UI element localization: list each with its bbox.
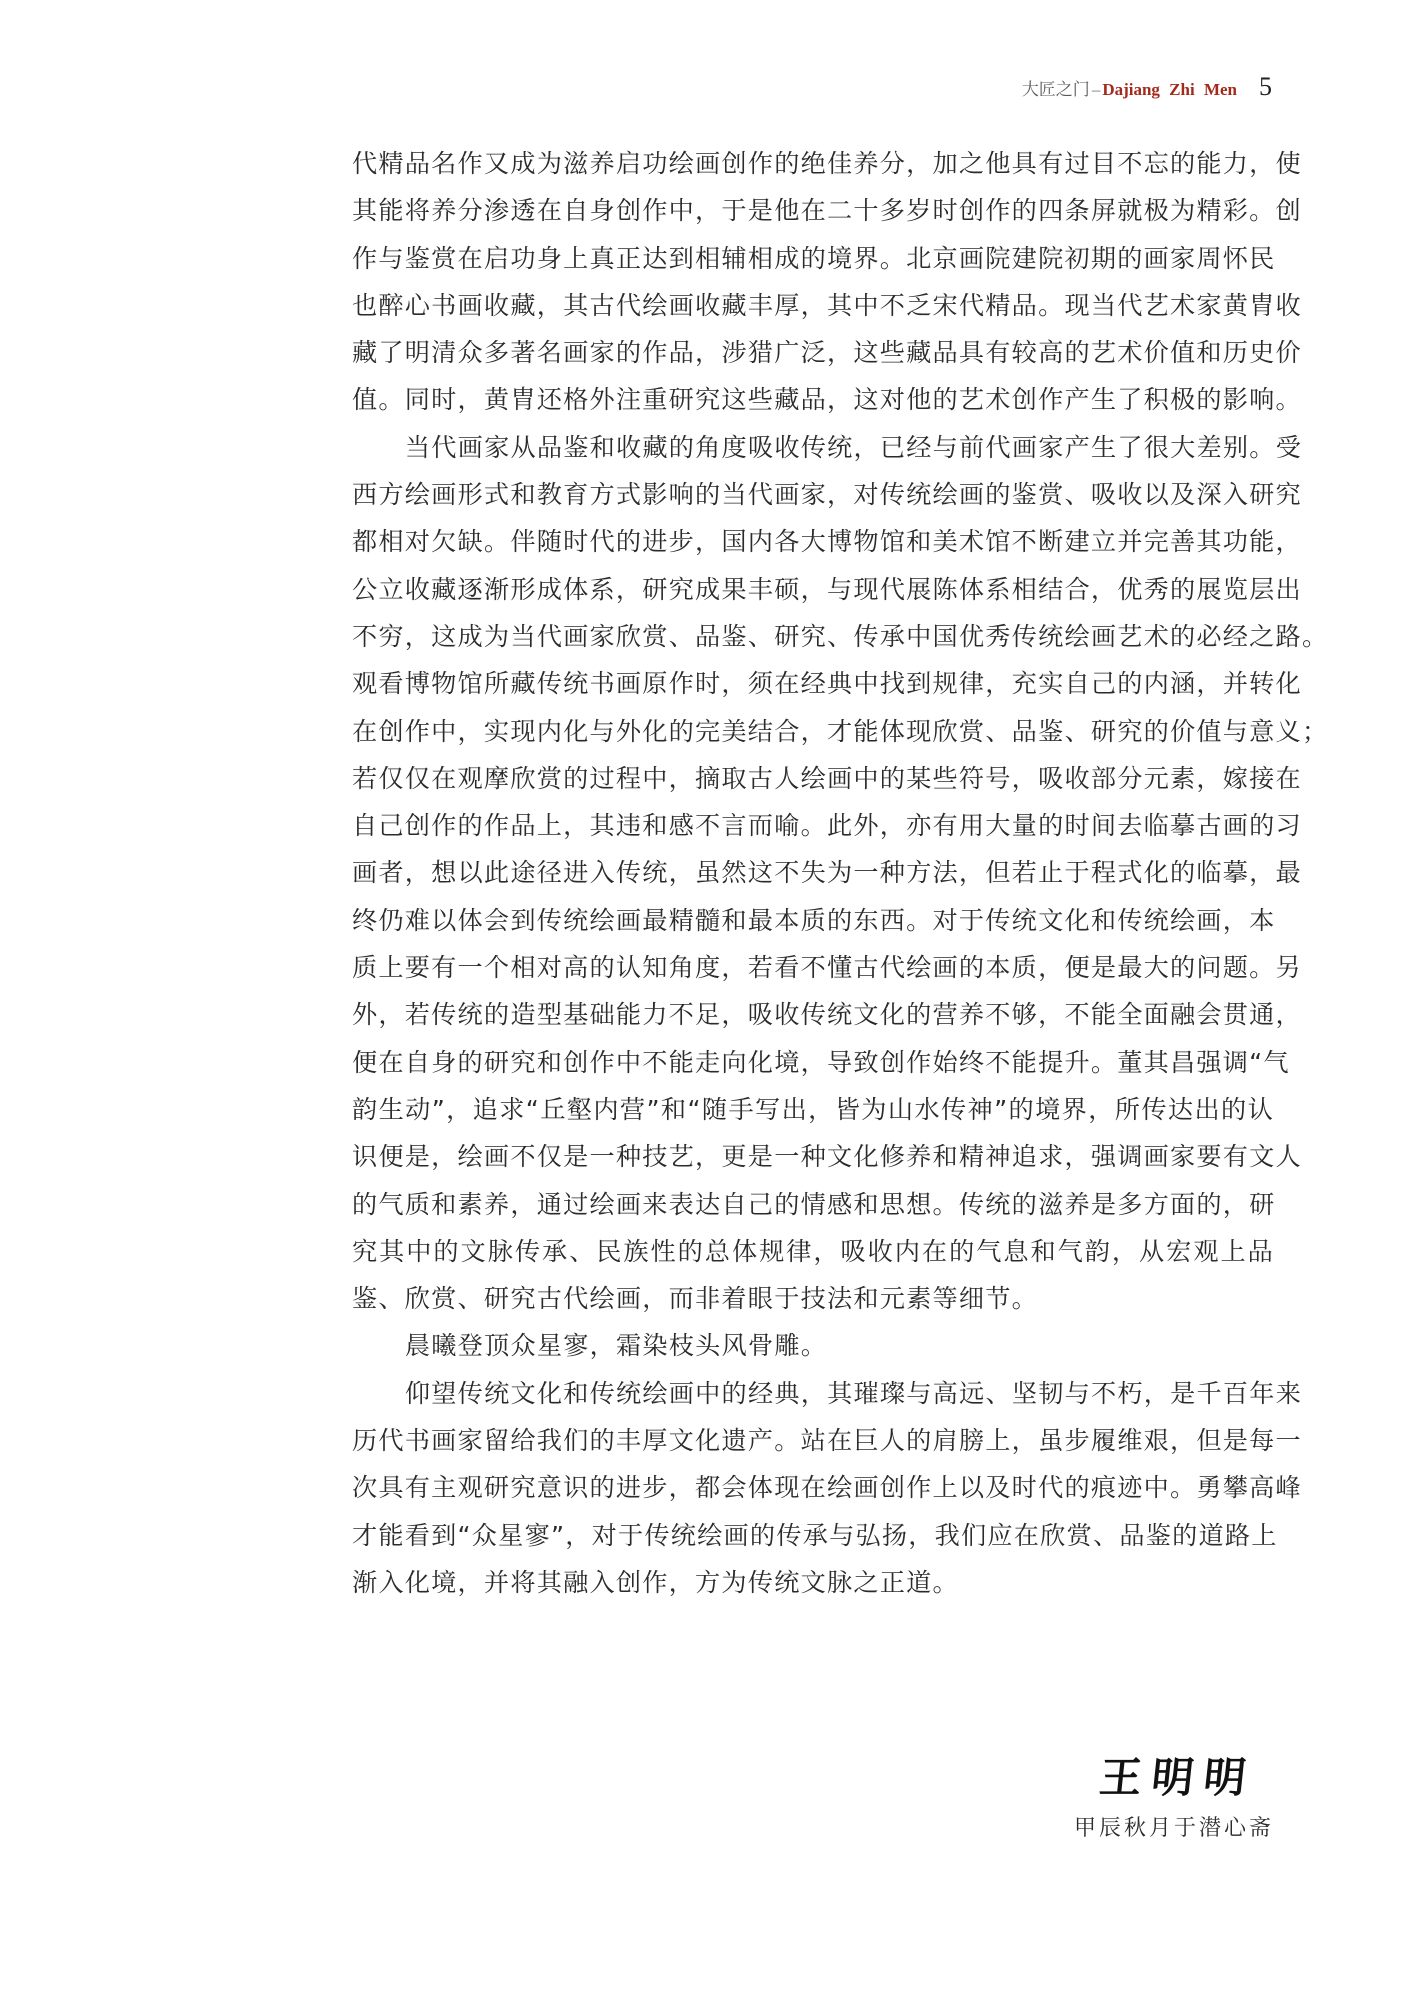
paragraph: 代精品名作又成为滋养启功绘画创作的绝佳养分，加之他具有过目不忘的能力，使 其能将…: [352, 140, 1274, 424]
text-line: 画者，想以此途径进入传统，虽然这不失为一种方法，但若止于程式化的临摹，最: [352, 849, 1274, 896]
text-line: 观看博物馆所藏传统书画原作时，须在经典中找到规律，充实自己的内涵，并转化: [352, 660, 1274, 707]
text-line: 渐入化境，并将其融入创作，方为传统文脉之正道。: [352, 1559, 1274, 1606]
signature-date-place: 甲辰秋月于潜心斋: [1074, 1811, 1274, 1842]
text-line: 都相对欠缺。伴随时代的进步，国内各大博物馆和美术馆不断建立并完善其功能，: [352, 518, 1274, 565]
text-line: 便在自身的研究和创作中不能走向化境，导致创作始终不能提升。董其昌强调“气: [352, 1039, 1274, 1086]
text-line: 代精品名作又成为滋养启功绘画创作的绝佳养分，加之他具有过目不忘的能力，使: [352, 140, 1274, 187]
poem-line: 晨曦登顶众星寥，霜染枝头风骨雕。: [352, 1322, 1274, 1369]
text-line: 当代画家从品鉴和收藏的角度吸收传统，已经与前代画家产生了很大差别。受: [352, 424, 1274, 471]
text-line: 藏了明清众多著名画家的作品，涉猎广泛，这些藏品具有较高的艺术价值和历史价: [352, 329, 1274, 376]
text-line: 西方绘画形式和教育方式影响的当代画家，对传统绘画的鉴赏、吸收以及深入研究: [352, 471, 1274, 518]
text-line: 质上要有一个相对高的认知角度，若看不懂古代绘画的本质，便是最大的问题。另: [352, 944, 1274, 991]
signature-block: 王明明 甲辰秋月于潜心斋: [1074, 1745, 1274, 1842]
text-line: 若仅仅在观摩欣赏的过程中，摘取古人绘画中的某些符号，吸收部分元素，嫁接在: [352, 755, 1274, 802]
text-line: 其能将养分渗透在自身创作中，于是他在二十多岁时创作的四条屏就极为精彩。创: [352, 187, 1274, 234]
text-line: 的气质和素养，通过绘画来表达自己的情感和思想。传统的滋养是多方面的，研: [352, 1181, 1274, 1228]
text-line: 不穷，这成为当代画家欣赏、品鉴、研究、传承中国优秀传统绘画艺术的必经之路。: [352, 613, 1274, 660]
text-line: 在创作中，实现内化与外化的完美结合，才能体现欣赏、品鉴、研究的价值与意义；: [352, 708, 1274, 755]
text-line: 次具有主观研究意识的进步，都会体现在绘画创作上以及时代的痕迹中。勇攀高峰: [352, 1464, 1274, 1511]
author-signature: 王明明: [1097, 1745, 1259, 1805]
text-line: 识便是，绘画不仅是一种技艺，更是一种文化修养和精神追求，强调画家要有文人: [352, 1133, 1274, 1180]
text-line: 历代书画家留给我们的丰厚文化遗产。站在巨人的肩膀上，虽步履维艰，但是每一: [352, 1417, 1274, 1464]
page-number: 5: [1259, 72, 1272, 102]
text-line: 也醉心书画收藏，其古代绘画收藏丰厚，其中不乏宋代精品。现当代艺术家黄胄收: [352, 282, 1274, 329]
text-line: 自己创作的作品上，其违和感不言而喻。此外，亦有用大量的时间去临摹古画的习: [352, 802, 1274, 849]
running-header: 大匠之门 – Dajiang Zhi Men 5: [1022, 72, 1272, 102]
text-line: 鉴、欣赏、研究古代绘画，而非着眼于技法和元素等细节。: [352, 1275, 1274, 1322]
text-line: 究其中的文脉传承、民族性的总体规律，吸收内在的气息和气韵，从宏观上品: [352, 1228, 1274, 1275]
text-line: 公立收藏逐渐形成体系，研究成果丰硕，与现代展陈体系相结合，优秀的展览层出: [352, 566, 1274, 613]
header-dash: –: [1092, 80, 1101, 100]
article-body: 代精品名作又成为滋养启功绘画创作的绝佳养分，加之他具有过目不忘的能力，使 其能将…: [352, 140, 1274, 1606]
text-line: 外，若传统的造型基础能力不足，吸收传统文化的营养不够，不能全面融会贯通，: [352, 991, 1274, 1038]
text-line: 仰望传统文化和传统绘画中的经典，其璀璨与高远、坚韧与不朽，是千百年来: [352, 1370, 1274, 1417]
text-line: 作与鉴赏在启功身上真正达到相辅相成的境界。北京画院建院初期的画家周怀民: [352, 235, 1274, 282]
header-title-en: Dajiang Zhi Men: [1102, 80, 1237, 100]
text-line: 晨曦登顶众星寥，霜染枝头风骨雕。: [352, 1322, 1274, 1369]
paragraph: 仰望传统文化和传统绘画中的经典，其璀璨与高远、坚韧与不朽，是千百年来 历代书画家…: [352, 1370, 1274, 1606]
paragraph: 当代画家从品鉴和收藏的角度吸收传统，已经与前代画家产生了很大差别。受 西方绘画形…: [352, 424, 1274, 1323]
text-line: 终仍难以体会到传统绘画最精髓和最本质的东西。对于传统文化和传统绘画，本: [352, 897, 1274, 944]
text-line: 才能看到“众星寥”，对于传统绘画的传承与弘扬，我们应在欣赏、品鉴的道路上: [352, 1512, 1274, 1559]
header-title-cn: 大匠之门: [1022, 75, 1090, 100]
text-line: 值。同时，黄胄还格外注重研究这些藏品，这对他的艺术创作产生了积极的影响。: [352, 376, 1274, 423]
text-line: 韵生动”，追求“丘壑内营”和“随手写出，皆为山水传神”的境界，所传达出的认: [352, 1086, 1274, 1133]
